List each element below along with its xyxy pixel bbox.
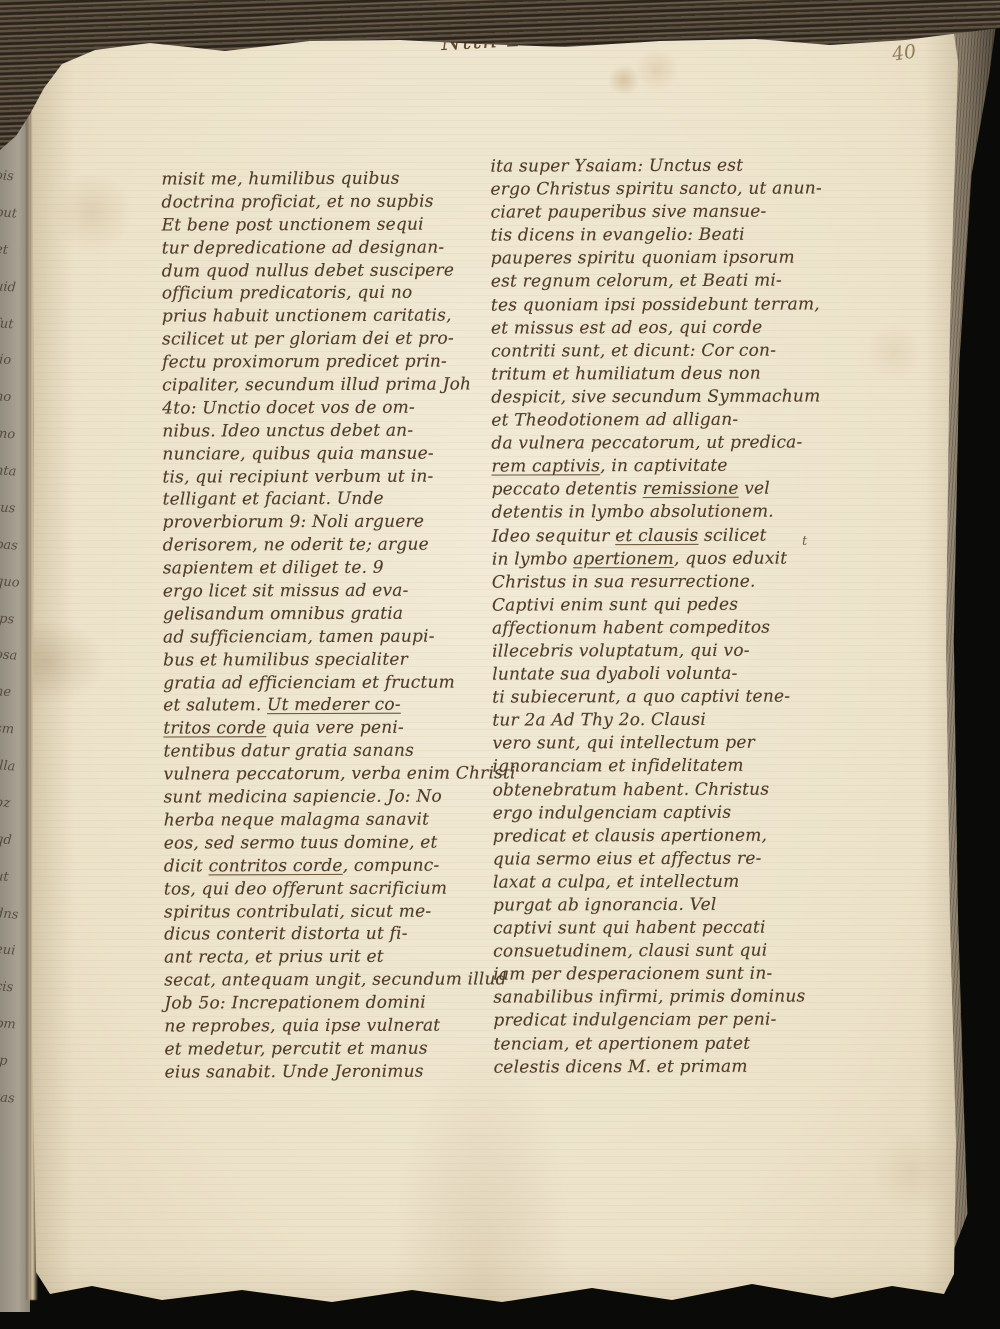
manuscript-line: et salutem. Ut mederer co- [163, 694, 473, 718]
manuscript-line: Et bene post unctionem sequi [162, 213, 472, 237]
manuscript-line: tis, qui recipiunt verbum ut in- [162, 465, 472, 489]
manuscript-line: derisorem, ne oderit te; argue [163, 534, 473, 558]
manuscript-line: doctrina proficiat, et no supbis [161, 190, 471, 214]
facing-page-text-fragment: et [0, 243, 21, 258]
manuscript-line: ergo licet sit missus ad eva- [163, 579, 473, 603]
manuscript-line: celestis dicens M. et primam [494, 1055, 830, 1079]
manuscript-line: tes quoniam ipsi possidebunt terram, [491, 293, 827, 317]
manuscript-line: dum quod nullus debet suscipere [162, 259, 472, 283]
manuscript-line: vero sunt, qui intellectum per [492, 732, 828, 756]
manuscript-line: et medetur, percutit et manus [164, 1037, 474, 1061]
manuscript-line: da vulnera peccatorum, ut predica- [491, 432, 827, 456]
manuscript-line: Ideo sequitur et clausis scilicet [492, 524, 828, 548]
manuscript-line: misit me, humilibus quibus [161, 167, 471, 191]
manuscript-line: gelisandum omnibus gratia [163, 602, 473, 626]
manuscript-line: tis dicens in evangelio: Beati [491, 224, 827, 248]
manuscript-line: et missus est ad eos, qui corde [491, 316, 827, 340]
manuscript-line: pauperes spiritu quoniam ipsorum [491, 247, 827, 271]
facing-page-text: oisputetuidfutlionomontatuspasquoipsosan… [0, 170, 26, 1105]
manuscript-line: obtenebratum habent. Christus [493, 778, 829, 802]
manuscript-line: herba neque malagma sanavit [164, 808, 474, 832]
facing-page-text-fragment: mo [0, 427, 21, 442]
facing-page-text-fragment: no [0, 390, 21, 405]
manuscript-page: Ntth 2 40 misit me, humilibus quibusdoct… [32, 22, 958, 1310]
manuscript-line: scilicet ut per gloriam dei et pro- [162, 328, 472, 352]
manuscript-line: peccato detentis remissione vel [492, 478, 828, 502]
facing-page-text-fragment: cis [0, 980, 21, 995]
folio-number: 40 [891, 40, 918, 65]
manuscript-line: ciaret pauperibus sive mansue- [491, 201, 827, 225]
manuscript-line: iam per desperacionem sunt in- [493, 963, 829, 987]
manuscript-line: tritos corde quia vere peni- [163, 717, 473, 741]
manuscript-line: ergo Christus spiritu sancto, ut anun- [490, 178, 826, 202]
manuscript-line: ne reprobes, quia ipse vulnerat [164, 1014, 474, 1038]
facing-page-text-fragment: qd [0, 833, 21, 848]
facing-page-text-fragment: ne [0, 685, 21, 700]
manuscript-line: eius sanabit. Unde Jeronimus [165, 1060, 475, 1084]
manuscript-line: tenciam, et apertionem patet [493, 1032, 829, 1056]
manuscript-line: in lymbo apertionem, quos eduxit [492, 547, 828, 571]
manuscript-line: nibus. Ideo unctus debet an- [162, 419, 472, 443]
manuscript-line: proverbiorum 9: Noli arguere [163, 511, 473, 535]
manuscript-line: tur 2a Ad Thy 2o. Clausi [492, 709, 828, 733]
manuscript-line: sunt medicina sapiencie. Jo: No [164, 786, 474, 810]
facing-page-text-fragment: put [0, 206, 21, 221]
manuscript-line: tur depredicatione ad designan- [162, 236, 472, 260]
manuscript-line: Captivi enim sunt qui pedes [492, 593, 828, 617]
manuscript-line: bus et humilibus specialiter [163, 648, 473, 672]
facing-page-text-fragment: illa [0, 759, 21, 774]
facing-page-text-fragment: ut [0, 870, 21, 885]
manuscript-line: contriti sunt, et dicunt: Cor con- [491, 339, 827, 363]
manuscript-line: est regnum celorum, et Beati mi- [491, 270, 827, 294]
manuscript-line: dicit contritos corde, compunc- [164, 854, 474, 878]
manuscript-line: illecebris voluptatum, qui vo- [492, 639, 828, 663]
manuscript-line: fectu proximorum predicet prin- [162, 351, 472, 375]
facing-page-text-fragment: fut [0, 317, 21, 332]
manuscript-line: 4to: Unctio docet vos de om- [162, 396, 472, 420]
margin-mark: t [802, 534, 807, 549]
facing-page-text-fragment: tas [0, 1091, 21, 1105]
facing-page-text-fragment: tus [0, 501, 21, 516]
manuscript-line: ignoranciam et infidelitatem [492, 755, 828, 779]
manuscript-line: eos, sed sermo tuus domine, et [164, 831, 474, 855]
manuscript-line: prius habuit unctionem caritatis, [162, 305, 472, 329]
manuscript-line: predicat et clausis apertionem, [493, 824, 829, 848]
manuscript-line: predicat indulgenciam per peni- [493, 1009, 829, 1033]
manuscript-line: despicit, sive secundum Symmachum [491, 385, 827, 409]
manuscript-line: et Theodotionem ad alligan- [491, 408, 827, 432]
manuscript-line: secat, antequam ungit, secundum illud [164, 969, 474, 993]
manuscript-line: affectionum habent compeditos [492, 616, 828, 640]
facing-page-text-fragment: dns [0, 907, 21, 922]
manuscript-line: officium predicatoris, qui no [162, 282, 472, 306]
manuscript-line: tentibus datur gratia sanans [163, 740, 473, 764]
facing-page-text-fragment: uid [0, 280, 21, 295]
facing-page-text-fragment: quo [0, 575, 21, 590]
manuscript-line: quia sermo eius et affectus re- [493, 847, 829, 871]
manuscript-line: dicus conterit distorta ut fi- [164, 923, 474, 947]
facing-page-text-fragment: pm [0, 1017, 21, 1032]
facing-page-text-fragment: pas [0, 538, 21, 553]
manuscript-line: laxat a culpa, et intellectum [493, 870, 829, 894]
facing-page-text-fragment: nta [0, 464, 21, 479]
right-text-column: ita super Ysaiam: Unctus estergo Christu… [490, 154, 829, 1079]
manuscript-line: purgat ab ignorancia. Vel [493, 893, 829, 917]
manuscript-line: cipaliter, secundum illud prima Joh [162, 373, 472, 397]
manuscript-photo: oisputetuidfutlionomontatuspasquoipsosan… [0, 0, 1000, 1329]
manuscript-line: sanabilibus infirmi, primis dominus [493, 986, 829, 1010]
manuscript-line: sapientem et diliget te. 9 [163, 557, 473, 581]
manuscript-line: detentis in lymbo absolutionem. [492, 501, 828, 525]
manuscript-line: tos, qui deo offerunt sacrificium [164, 877, 474, 901]
left-text-column: misit me, humilibus quibusdoctrina profi… [161, 167, 474, 1084]
facing-page-text-fragment: sm [0, 722, 21, 737]
facing-page-text-fragment: ois [0, 170, 21, 184]
manuscript-line: ita super Ysaiam: Unctus est [490, 154, 826, 178]
manuscript-line: tritum et humiliatum deus non [491, 362, 827, 386]
facing-page-text-fragment: ips [0, 612, 21, 627]
manuscript-line: telligant et faciant. Unde [163, 488, 473, 512]
manuscript-line: captivi sunt qui habent peccati [493, 917, 829, 941]
manuscript-line: Christus in sua resurrectione. [492, 570, 828, 594]
facing-page-text-fragment: lio [0, 353, 21, 368]
manuscript-line: gratia ad efficienciam et fructum [163, 671, 473, 695]
manuscript-line: ergo indulgenciam captivis [493, 801, 829, 825]
manuscript-line: spiritus contribulati, sicut me- [164, 900, 474, 924]
manuscript-line: nunciare, quibus quia mansue- [162, 442, 472, 466]
manuscript-line: ti subiecerunt, a quo captivi tene- [492, 686, 828, 710]
manuscript-line: ad sufficienciam, tamen paupi- [163, 625, 473, 649]
manuscript-line: ant recta, et prius urit et [164, 946, 474, 970]
manuscript-line: luntate sua dyaboli volunta- [492, 662, 828, 686]
manuscript-line: vulnera peccatorum, verba enim Christi [163, 763, 473, 787]
manuscript-line: rem captivis, in captivitate [491, 455, 827, 479]
facing-page-text-fragment: osa [0, 648, 21, 663]
facing-page-text-fragment: bz [0, 796, 21, 811]
manuscript-line: consuetudinem, clausi sunt qui [493, 940, 829, 964]
facing-page-text-fragment: eui [0, 943, 21, 958]
manuscript-line: Job 5o: Increpationem domini [164, 992, 474, 1016]
facing-page-text-fragment: ip [0, 1054, 21, 1069]
